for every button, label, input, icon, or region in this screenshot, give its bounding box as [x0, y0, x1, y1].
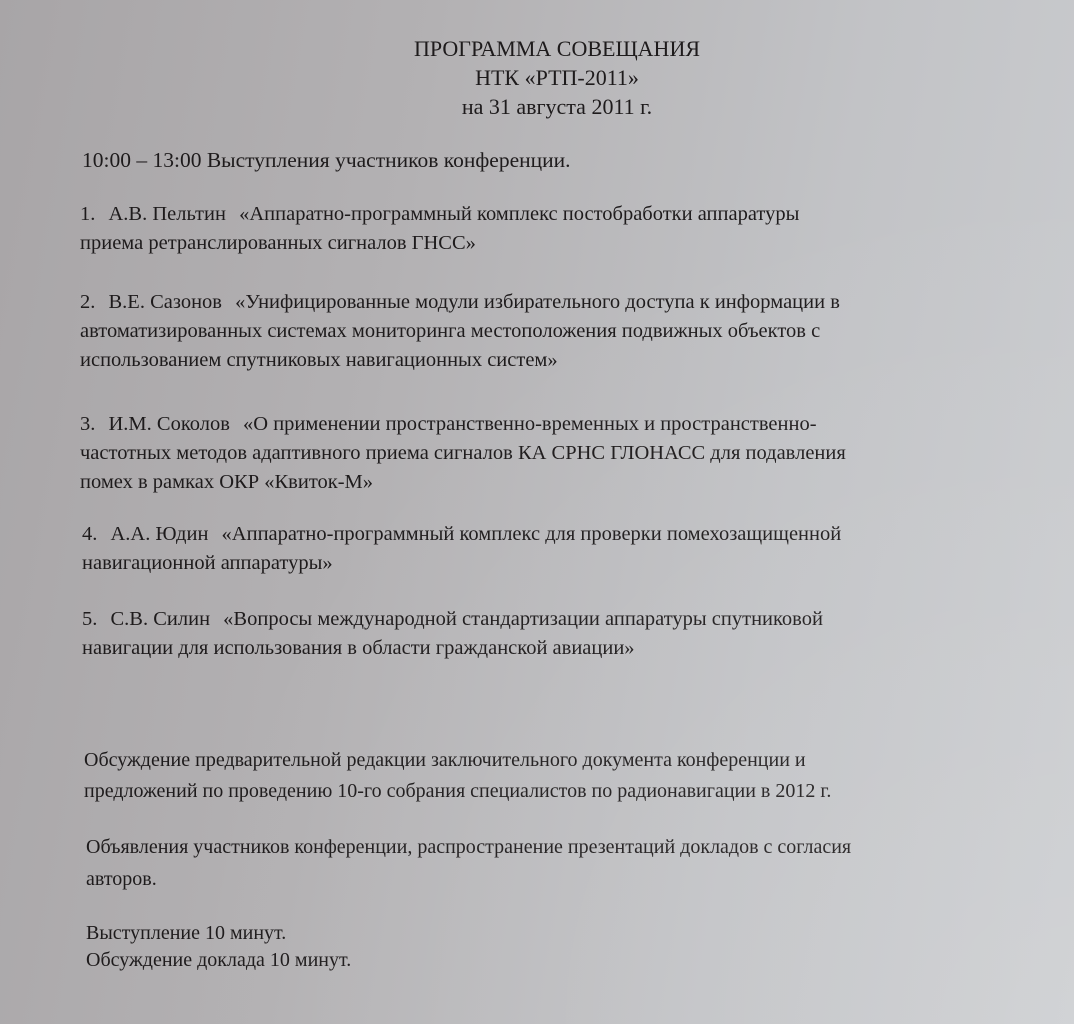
- talk-2-line-1: 2. В.Е. Сазонов «Унифицированные модули …: [80, 288, 1030, 317]
- discussion-duration: Обсуждение доклада 10 минут.: [86, 947, 686, 974]
- talk-3-line-3: помех в рамках ОКР «Квиток-М»: [80, 468, 1030, 497]
- talk-item-1: 1. А.В. Пельтин «Аппаратно-программный к…: [80, 200, 1052, 258]
- talk-author: В.Е. Сазонов: [109, 291, 222, 313]
- discussion-line-1: Обсуждение предварительной редакции закл…: [84, 745, 1044, 776]
- talk-author: С.В. Силин: [111, 608, 211, 630]
- talk-title: «Вопросы международной стандартизации ап…: [223, 608, 823, 630]
- announcements-line-1: Объявления участников конференции, распр…: [86, 831, 1036, 863]
- document-title: ПРОГРАММА СОВЕЩАНИЯ: [20, 34, 1074, 63]
- document-header: ПРОГРАММА СОВЕЩАНИЯ НТК «РТП-2011» на 31…: [0, 34, 1074, 121]
- talk-title: «Аппаратно-программный комплекс постобра…: [239, 203, 799, 225]
- talk-4-line-2: навигационной аппаратуры»: [82, 549, 1028, 578]
- talk-number: 5.: [82, 608, 97, 630]
- talk-1-line-2: приема ретранслированных сигналов ГНСС»: [80, 229, 1052, 258]
- talk-title: «Унифицированные модули избирательного д…: [235, 291, 840, 313]
- discussion-line-2: предложений по проведению 10-го собрания…: [84, 776, 1044, 807]
- session-intro: 10:00 – 13:00 Выступления участников кон…: [82, 146, 782, 175]
- announcements-line-2: авторов.: [86, 863, 1036, 895]
- announcements-paragraph: Объявления участников конференции, распр…: [86, 831, 1036, 895]
- document-date: на 31 августа 2011 г.: [20, 92, 1074, 121]
- talk-author: А.А. Юдин: [111, 523, 209, 545]
- talk-number: 1.: [80, 203, 95, 225]
- talk-item-2: 2. В.Е. Сазонов «Унифицированные модули …: [80, 288, 1030, 375]
- talk-1-line-1: 1. А.В. Пельтин «Аппаратно-программный к…: [80, 200, 1052, 229]
- talk-3-line-1: 3. И.М. Соколов «О применении пространст…: [80, 410, 1030, 439]
- discussion-paragraph: Обсуждение предварительной редакции закл…: [84, 745, 1044, 807]
- talk-number: 3.: [80, 413, 95, 435]
- talk-duration: Выступление 10 минут.: [86, 920, 686, 947]
- talk-4-line-1: 4. А.А. Юдин «Аппаратно-программный комп…: [82, 520, 1028, 549]
- talk-title: «Аппаратно-программный комплекс для пров…: [222, 523, 842, 545]
- timing-notes: Выступление 10 минут. Обсуждение доклада…: [86, 920, 686, 974]
- talk-item-3: 3. И.М. Соколов «О применении пространст…: [80, 410, 1030, 497]
- talk-number: 4.: [82, 523, 97, 545]
- talk-author: А.В. Пельтин: [109, 203, 226, 225]
- talk-5-line-2: навигации для использования в области гр…: [82, 634, 1028, 663]
- talk-5-line-1: 5. С.В. Силин «Вопросы международной ста…: [82, 605, 1028, 634]
- talk-title: «О применении пространственно-временных …: [243, 413, 817, 435]
- talk-3-line-2: частотных методов адаптивного приема сиг…: [80, 439, 1030, 468]
- talk-2-line-3: использованием спутниковых навигационных…: [80, 346, 1030, 375]
- talk-2-line-2: автоматизированных системах мониторинга …: [80, 317, 1030, 346]
- talk-author: И.М. Соколов: [109, 413, 230, 435]
- document-subtitle: НТК «РТП-2011»: [20, 63, 1074, 92]
- talk-item-5: 5. С.В. Силин «Вопросы международной ста…: [82, 605, 1028, 663]
- talk-number: 2.: [80, 291, 95, 313]
- document-page: ПРОГРАММА СОВЕЩАНИЯ НТК «РТП-2011» на 31…: [0, 0, 1074, 1024]
- talk-item-4: 4. А.А. Юдин «Аппаратно-программный комп…: [82, 520, 1028, 578]
